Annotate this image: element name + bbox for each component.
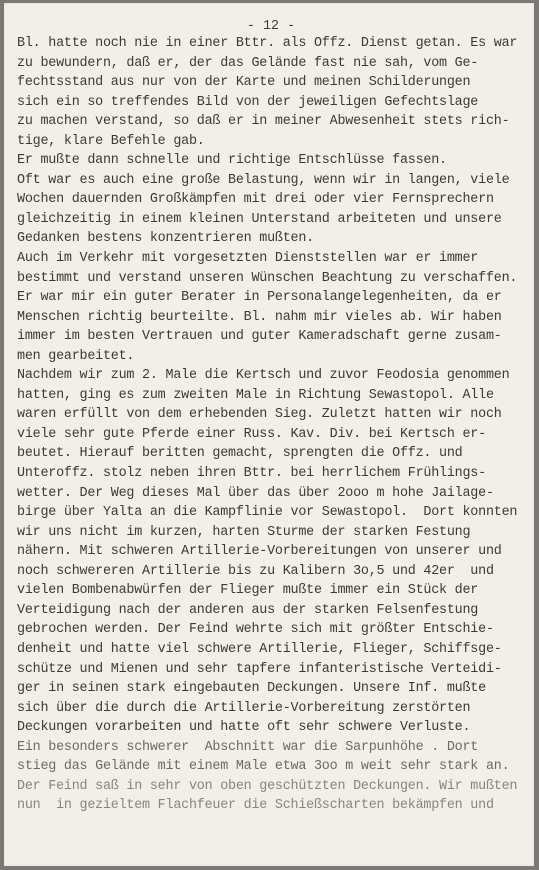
text-line: nähern. Mit schweren Artillerie-Vorberei… bbox=[17, 542, 532, 562]
text-line: hatten, ging es zum zweiten Male in Rich… bbox=[17, 386, 532, 406]
text-line: vielen Bombenabwürfen der Flieger mußte … bbox=[17, 581, 532, 601]
text-line: Wochen dauernden Großkämpfen mit drei od… bbox=[17, 190, 532, 210]
text-line: wetter. Der Weg dieses Mal über das über… bbox=[17, 484, 532, 504]
text-line: zu machen verstand, so daß er in meiner … bbox=[17, 112, 532, 132]
document-page: - 12 - Bl. hatte noch nie in einer Bttr.… bbox=[4, 3, 534, 866]
text-line: Deckungen vorarbeiten und hatte oft sehr… bbox=[17, 718, 532, 738]
text-line: men gearbeitet. bbox=[17, 347, 532, 367]
text-line: viele sehr gute Pferde einer Russ. Kav. … bbox=[17, 425, 532, 445]
text-line: fechtsstand aus nur von der Karte und me… bbox=[17, 73, 532, 93]
text-line: Bl. hatte noch nie in einer Bttr. als Of… bbox=[17, 34, 532, 54]
text-line: beutet. Hierauf beritten gemacht, spreng… bbox=[17, 444, 532, 464]
text-line: schütze und Mienen und sehr tapfere infa… bbox=[17, 660, 532, 680]
text-line: zu bewundern, daß er, der das Gelände fa… bbox=[17, 54, 532, 74]
text-line: waren erfüllt von dem erhebenden Sieg. Z… bbox=[17, 405, 532, 425]
text-line: tige, klare Befehle gab. bbox=[17, 132, 532, 152]
text-line: birge über Yalta an die Kampflinie vor S… bbox=[17, 503, 532, 523]
text-line: Oft war es auch eine große Belastung, we… bbox=[17, 171, 532, 191]
text-line: noch schwereren Artillerie bis zu Kalibe… bbox=[17, 562, 532, 582]
text-line: immer im besten Vertrauen und guter Kame… bbox=[17, 327, 532, 347]
text-line: Menschen richtig beurteilte. Bl. nahm mi… bbox=[17, 308, 532, 328]
document-body: Bl. hatte noch nie in einer Bttr. als Of… bbox=[17, 34, 532, 816]
text-line: ger in seinen stark eingebauten Deckunge… bbox=[17, 679, 532, 699]
text-line: Nachdem wir zum 2. Male die Kertsch und … bbox=[17, 366, 532, 386]
text-line: sich ein so treffendes Bild von der jewe… bbox=[17, 93, 532, 113]
text-line: nun in gezieltem Flachfeuer die Schießsc… bbox=[17, 796, 532, 816]
text-line: gebrochen werden. Der Feind wehrte sich … bbox=[17, 620, 532, 640]
page-number: - 12 - bbox=[4, 19, 534, 34]
text-line: Verteidigung nach der anderen aus der st… bbox=[17, 601, 532, 621]
text-line: Auch im Verkehr mit vorgesetzten Diensts… bbox=[17, 249, 532, 269]
text-line: Er mußte dann schnelle und richtige Ents… bbox=[17, 151, 532, 171]
text-line: stieg das Gelände mit einem Male etwa 3o… bbox=[17, 757, 532, 777]
text-line: denheit und hatte viel schwere Artilleri… bbox=[17, 640, 532, 660]
text-line: Ein besonders schwerer Abschnitt war die… bbox=[17, 738, 532, 758]
text-line: bestimmt und verstand unseren Wünschen B… bbox=[17, 269, 532, 289]
text-line: Er war mir ein guter Berater in Personal… bbox=[17, 288, 532, 308]
text-line: gleichzeitig in einem kleinen Unterstand… bbox=[17, 210, 532, 230]
text-line: wir uns nicht im kurzen, harten Sturme d… bbox=[17, 523, 532, 543]
text-line: Unteroffz. stolz neben ihren Bttr. bei h… bbox=[17, 464, 532, 484]
text-line: sich über die durch die Artillerie-Vorbe… bbox=[17, 699, 532, 719]
text-line: Gedanken bestens konzentrieren mußten. bbox=[17, 229, 532, 249]
text-line: Der Feind saß in sehr von oben geschützt… bbox=[17, 777, 532, 797]
